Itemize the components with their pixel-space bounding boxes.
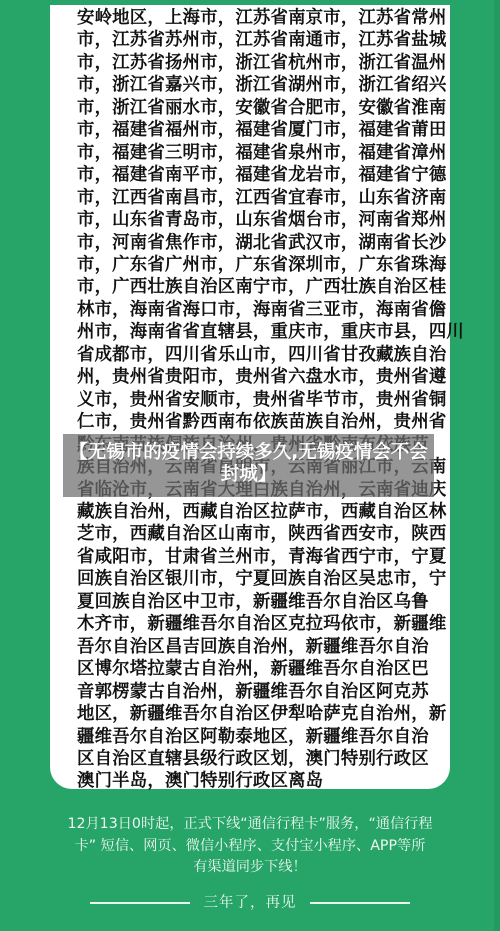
region-line: 省咸阳市，甘肃省兰州市，青海省西宁市，宁夏 — [77, 546, 437, 568]
region-line: 省成都市，四川省乐山市，四川省甘孜藏族自治 — [77, 344, 437, 366]
region-line: 市，浙江省丽水市，安徽省合肥市，安徽省淮南 — [77, 97, 437, 119]
region-line: 仁市，贵州省黔西南布依族苗族自治州，贵州省 — [77, 411, 437, 433]
region-line: 义市，贵州省安顺市，贵州省毕节市，贵州省铜 — [77, 389, 437, 411]
region-line: 市，江苏省苏州市，江苏省南通市，江苏省盐城 — [77, 29, 437, 51]
region-line: 藏族自治州，西藏自治区拉萨市，西藏自治区林 — [77, 501, 437, 523]
divider-line-right — [310, 902, 410, 904]
headline-banner: 【无锡市的疫情会持续多久,无锡疫情会不会封城】 — [63, 434, 434, 497]
region-line: 芝市，西藏自治区山南市，陕西省西安市，陕西 — [77, 523, 437, 545]
region-line: 区自治区直辖县级行政区划，澳门特别行政区 — [77, 748, 437, 770]
region-line: 市，浙江省嘉兴市，浙江省湖州市，浙江省绍兴 — [77, 74, 437, 96]
notice-line: 有渠道同步下线！ — [40, 857, 460, 879]
region-line: 市，广东省广州市，广东省深圳市，广东省珠海 — [77, 254, 437, 276]
region-line: 安岭地区，上海市，江苏省南京市，江苏省常州 — [77, 7, 437, 29]
region-line: 回族自治区银川市，宁夏回族自治区吴忠市，宁 — [77, 568, 437, 590]
region-line: 夏回族自治区中卫市，新疆维吾尔自治区乌鲁 — [77, 591, 437, 613]
region-line: 州市，海南省省直辖县，重庆市，重庆市县，四川 — [77, 321, 437, 343]
divider-line-left — [90, 902, 190, 904]
region-line: 木齐市，新疆维吾尔自治区克拉玛依市，新疆维 — [77, 613, 437, 635]
region-line: 吾尔自治区昌吉回族自治州，新疆维吾尔自治 — [77, 636, 437, 658]
region-line: 市，江西省南昌市，江西省宜春市，山东省济南 — [77, 187, 437, 209]
region-line: 市，广西壮族自治区南宁市，广西壮族自治区桂 — [77, 276, 437, 298]
right-edge-strip — [494, 0, 500, 931]
headline-text: 【无锡市的疫情会持续多久,无锡疫情会不会封城】 — [69, 442, 428, 485]
region-line: 市，河南省焦作市，湖北省武汉市，湖南省长沙 — [77, 232, 437, 254]
region-line: 澳门半岛，澳门特别行政区离岛 — [77, 770, 437, 792]
notice-line: 12月13日0时起，正式下线“通信行程卡”服务，“通信行程 — [40, 814, 460, 836]
farewell-divider: 三年了，再见 — [0, 892, 500, 914]
service-offline-notice: 12月13日0时起，正式下线“通信行程卡”服务，“通信行程 卡” 短信、网页、微… — [40, 814, 460, 879]
notice-line: 卡” 短信、网页、微信小程序、支付宝小程序、APP等所 — [40, 836, 460, 858]
region-line: 州，贵州省贵阳市，贵州省六盘水市，贵州省遵 — [77, 366, 437, 388]
region-list-text: 安岭地区，上海市，江苏省南京市，江苏省常州 市，江苏省苏州市，江苏省南通市，江苏… — [77, 7, 437, 793]
region-line: 市，山东省青岛市，山东省烟台市，河南省郑州 — [77, 209, 437, 231]
region-line: 市，江苏省扬州市，浙江省杭州市，浙江省温州 — [77, 52, 437, 74]
region-line: 林市，海南省海口市，海南省三亚市，海南省儋 — [77, 299, 437, 321]
region-line: 市，福建省南平市，福建省龙岩市，福建省宁德 — [77, 164, 437, 186]
region-line: 区博尔塔拉蒙古自治州，新疆维吾尔自治区巴 — [77, 658, 437, 680]
region-list-card: 安岭地区，上海市，江苏省南京市，江苏省常州 市，江苏省苏州市，江苏省南通市，江苏… — [50, 5, 450, 789]
farewell-text: 三年了，再见 — [190, 892, 310, 914]
region-line: 市，福建省三明市，福建省泉州市，福建省漳州 — [77, 142, 437, 164]
region-line: 音郭楞蒙古自治州，新疆维吾尔自治区阿克苏 — [77, 681, 437, 703]
region-line: 市，福建省福州市，福建省厦门市，福建省莆田 — [77, 119, 437, 141]
region-line: 疆维吾尔自治区阿勒泰地区，新疆维吾尔自治 — [77, 726, 437, 748]
region-line: 地区，新疆维吾尔自治区伊犁哈萨克自治州，新 — [77, 703, 437, 725]
